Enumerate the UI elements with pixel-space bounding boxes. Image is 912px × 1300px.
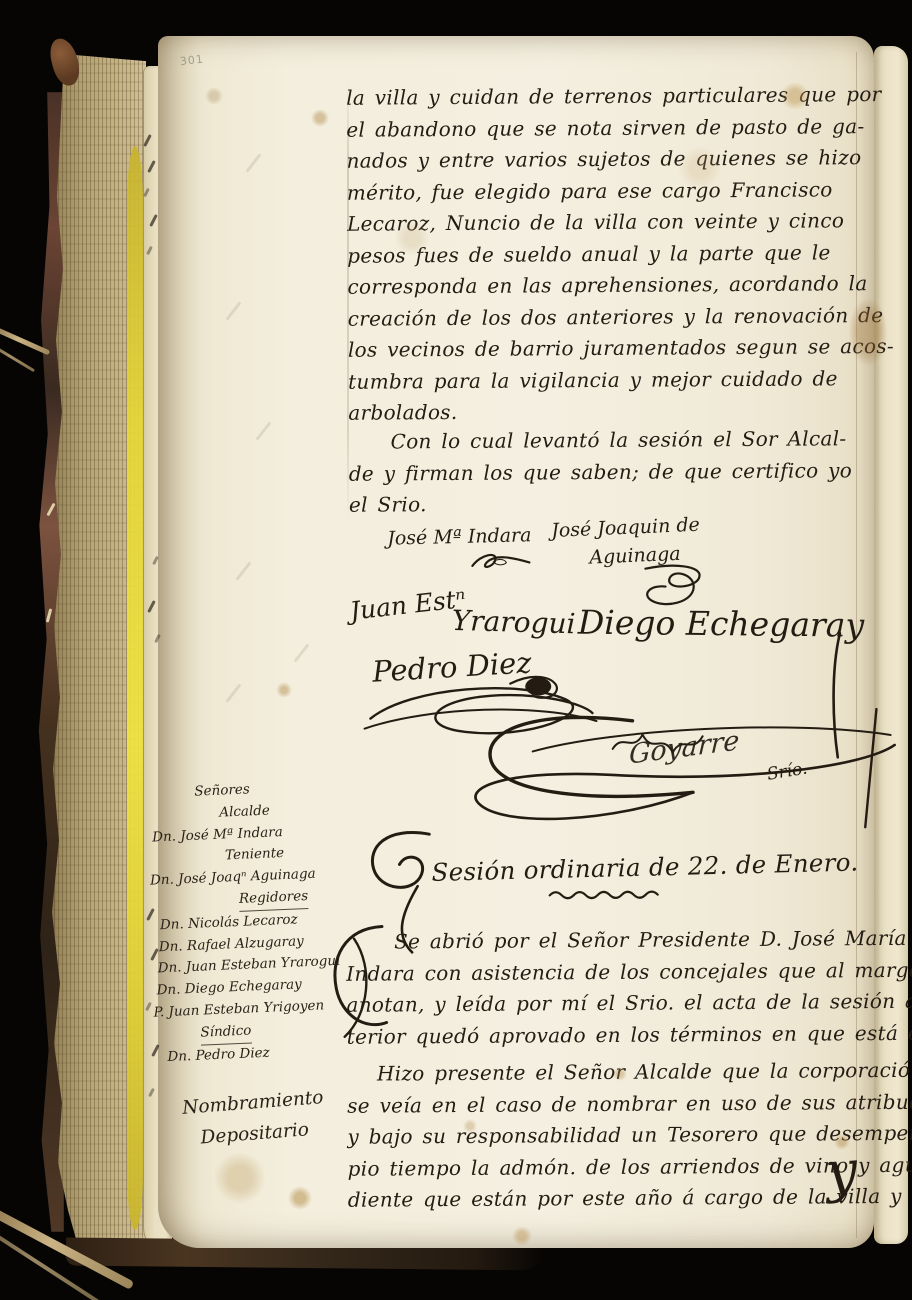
session-paragraph: Se abrió por el Señor Presidente D. José…	[346, 923, 877, 1053]
manuscript-line: Lecaroz, Nuncio de la villa con veinte y…	[347, 205, 871, 240]
session-heading: Sesión ordinaria de 22. de Enero.	[431, 847, 858, 886]
manuscript-book-photo: 301 la villa y cuidan de terrenos partic…	[0, 0, 912, 1300]
page-content: 301 la villa y cuidan de terrenos partic…	[0, 0, 912, 1300]
manuscript-line: diente que están por este año á cargo de…	[348, 1181, 878, 1216]
opening-paragraph: la villa y cuidan de terrenos particular…	[346, 79, 872, 429]
manuscript-line: anotan, y leída por mí el Srio. el acta …	[346, 986, 876, 1021]
manuscript-line: terior quedó aprovado en los términos en…	[347, 1018, 877, 1053]
manuscript-line: Con lo cual levantó la sesión el Sor Alc…	[348, 423, 872, 458]
manuscript-line: los vecinos de barrio juramentados segun…	[348, 331, 872, 366]
closing-paragraph: Con lo cual levantó la sesión el Sor Alc…	[348, 423, 873, 521]
signature-echegaray: Diego Echegaray	[578, 603, 865, 645]
manuscript-line: el Srio.	[349, 486, 873, 521]
manuscript-line: corresponda en las aprehensiones, acorda…	[347, 268, 871, 303]
manuscript-line: Indara con asistencia de los concejales …	[346, 955, 876, 990]
manuscript-line: pio tiempo la admón. de los arriendos de…	[348, 1150, 878, 1185]
manuscript-line: y bajo su responsabilidad un Tesorero qu…	[347, 1118, 877, 1153]
margin-attendee: Síndico	[200, 1020, 252, 1045]
manuscript-line: de y firman los que saben; de que certif…	[349, 455, 873, 490]
signature-yrarogui-first: Juan Estⁿ	[348, 584, 467, 626]
manuscript-line: Se abrió por el Señor Presidente D. José…	[346, 923, 876, 958]
wavy-underline	[550, 889, 662, 902]
secretary-grand-flourish	[462, 705, 903, 838]
margin-note: Nombramiento Depositario	[181, 1082, 327, 1155]
manuscript-line: creación de los dos anteriores y la reno…	[348, 300, 872, 335]
manuscript-line: el abandono que se nota sirven de pasto …	[346, 111, 870, 146]
manuscript-line: mérito, fue elegido para ese cargo Franc…	[347, 174, 871, 209]
catchword-y: y	[823, 1138, 860, 1205]
rubric-flourish	[469, 549, 533, 577]
signature-indara: José Mª Indara	[387, 524, 532, 550]
manuscript-line: tumbra para la vigilancia y mejor cuidad…	[348, 363, 872, 398]
manuscript-line: pesos fues de sueldo anual y la parte qu…	[347, 237, 871, 272]
margin-attendee: Regidores	[238, 886, 308, 912]
manuscript-line: la villa y cuidan de terrenos particular…	[346, 79, 870, 114]
manuscript-line: nados y entre varios sujetos de quienes …	[346, 142, 870, 177]
signature-yrarogui-last: Yrarogui	[451, 604, 576, 640]
manuscript-line: se veía en el caso de nombrar en uso de …	[347, 1087, 877, 1122]
final-paragraph: Hizo presente el Señor Alcalde que la co…	[347, 1055, 878, 1216]
pencil-page-number: 301	[179, 53, 204, 69]
manuscript-line: Hizo presente el Señor Alcalde que la co…	[347, 1055, 877, 1090]
